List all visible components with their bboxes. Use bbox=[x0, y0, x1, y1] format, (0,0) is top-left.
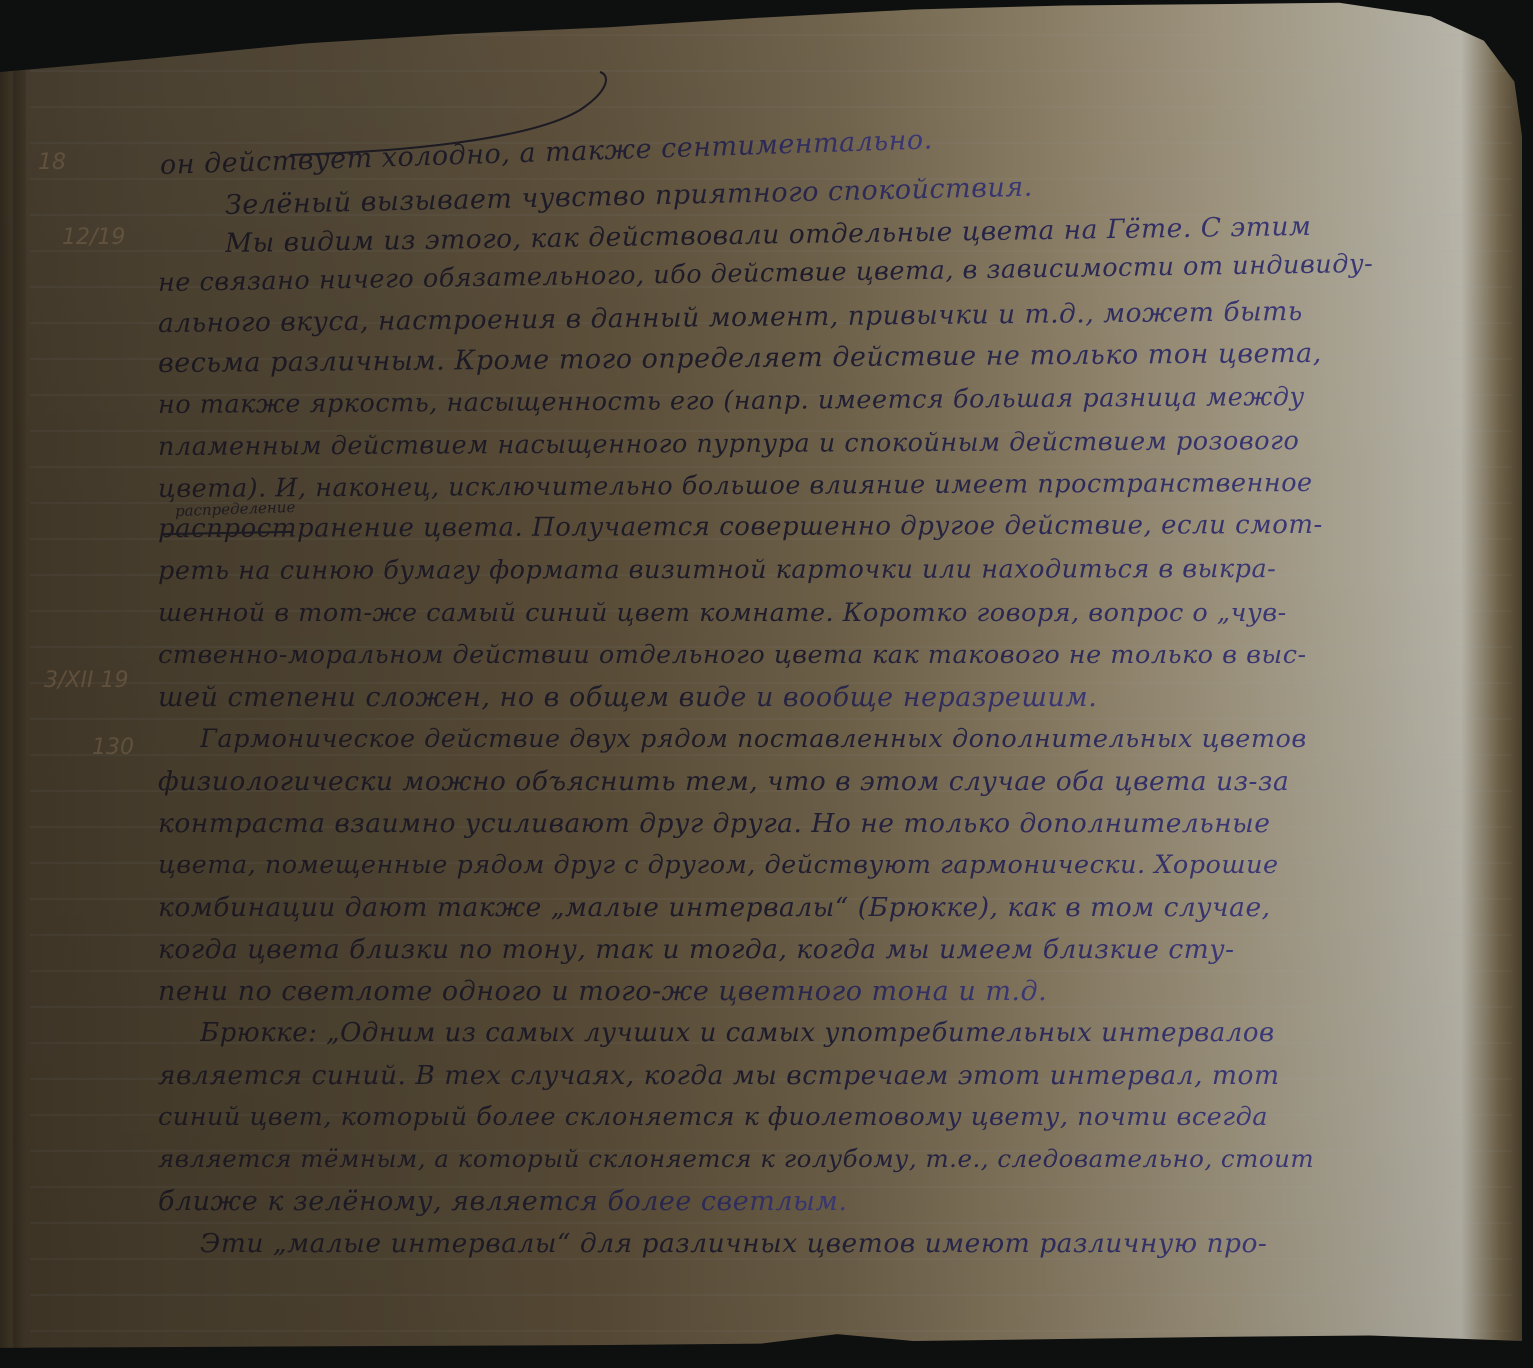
manuscript-line: шенной в тот-же самый синий цвет комнате… bbox=[158, 598, 1287, 628]
manuscript-line: пламенным действием насыщенного пурпура … bbox=[158, 426, 1299, 462]
margin-note: 18 bbox=[38, 150, 66, 175]
manuscript-line: Брюкке: „Одним из самых лучших и самых у… bbox=[200, 1018, 1275, 1048]
margin-note: 12/19 bbox=[62, 225, 125, 250]
manuscript-line: цвета). И, наконец, исключительно большо… bbox=[158, 468, 1313, 504]
manuscript-line: распространение цвета. Получается соверш… bbox=[158, 510, 1323, 544]
scan-background: 18 12/19 3/XII 19 130 он действует холод… bbox=[0, 0, 1533, 1368]
manuscript-line: когда цвета близки по тону, так и тогда,… bbox=[158, 934, 1235, 965]
manuscript-line: ближе к зелёному, является более светлым… bbox=[158, 1186, 848, 1217]
manuscript-line: комбинации дают также „малые интервалы“ … bbox=[158, 892, 1271, 923]
manuscript-line: физиологически можно объяснить тем, что … bbox=[158, 766, 1289, 797]
manuscript-line: синий цвет, который более склоняется к ф… bbox=[158, 1102, 1268, 1132]
margin-note: 130 bbox=[92, 735, 134, 760]
manuscript-line: является синий. В тех случаях, когда мы … bbox=[158, 1060, 1280, 1091]
scan-border-bottom bbox=[0, 1348, 1533, 1368]
manuscript-line: шей степени сложен, но в общем виде и во… bbox=[158, 682, 1097, 713]
manuscript-line: является тёмным, а который склоняется к … bbox=[158, 1144, 1314, 1173]
manuscript-line: контраста взаимно усиливают друг друга. … bbox=[158, 808, 1270, 839]
page-binding-edge bbox=[0, 60, 26, 1360]
manuscript-line: реть на синюю бумагу формата визитной ка… bbox=[158, 554, 1276, 586]
manuscript-line: Гармоническое действие двух рядом постав… bbox=[200, 724, 1307, 754]
manuscript-page: 18 12/19 3/XII 19 130 он действует холод… bbox=[0, 0, 1522, 1360]
margin-note: 3/XII 19 bbox=[44, 668, 128, 693]
manuscript-line: пени по светлоте одного и того-же цветно… bbox=[158, 976, 1047, 1007]
scan-border-right bbox=[1522, 0, 1533, 1368]
manuscript-line: ственно-моральном действии отдельного цв… bbox=[158, 640, 1307, 670]
manuscript-line: Эти „малые интервалы“ для различных цвет… bbox=[200, 1228, 1267, 1259]
manuscript-line: цвета, помещенные рядом друг с другом, д… bbox=[158, 850, 1279, 880]
